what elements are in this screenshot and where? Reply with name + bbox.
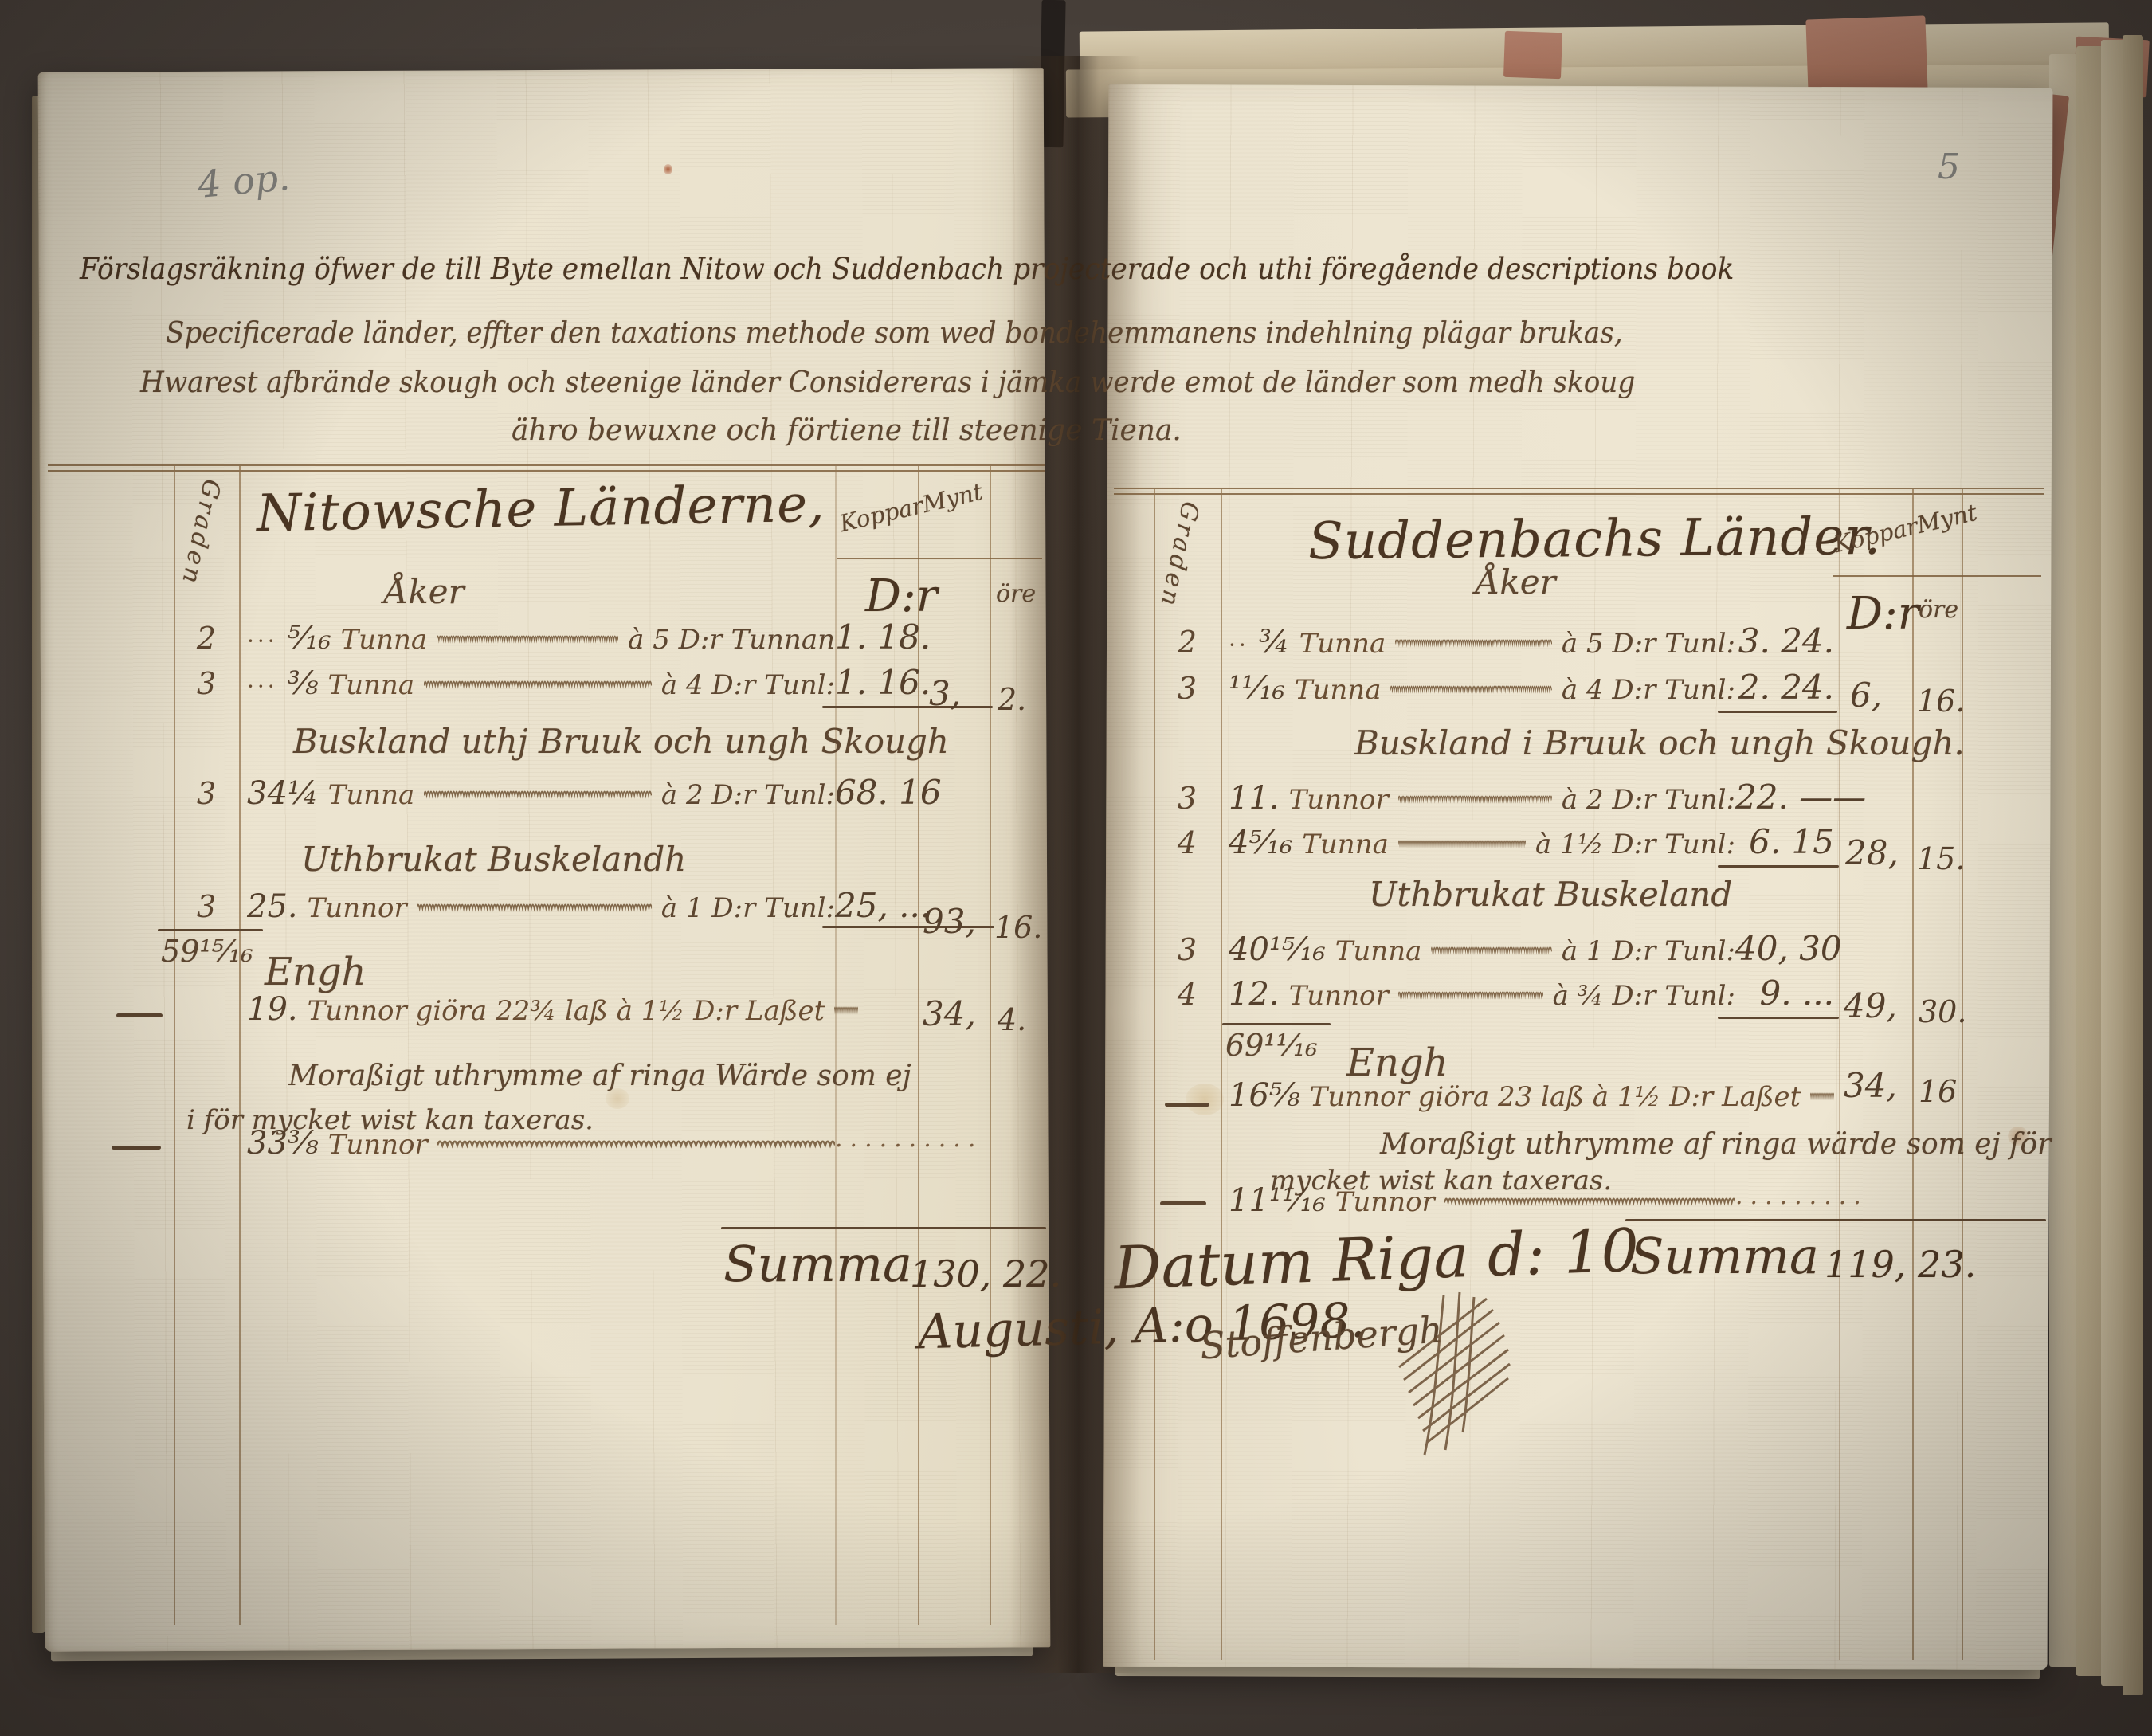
quantity: 4⁵⁄₁₆ xyxy=(1229,825,1292,861)
rate: à 5 D:r Tunnan xyxy=(628,624,835,656)
right-section-aker: Åker xyxy=(1476,562,1556,602)
subtotal-daler: 34, xyxy=(1844,1066,1897,1105)
tape-patch xyxy=(1805,15,1927,96)
table-rule xyxy=(1114,493,2044,495)
unit: Tunnor xyxy=(1289,784,1389,816)
quantity: 40¹⁵⁄₁₆ xyxy=(1229,931,1326,968)
subtotal-daler: 34, xyxy=(923,994,976,1033)
rate: à 2 D:r Tunl: xyxy=(1562,784,1735,816)
graden-value: 3 xyxy=(174,889,239,924)
amount-underline xyxy=(1718,865,1839,868)
summa-line xyxy=(1625,1219,2046,1221)
pencil-annotation: 4 op. xyxy=(196,155,292,206)
quantity: 16⅝ xyxy=(1229,1077,1300,1114)
trailing-dots: ········· xyxy=(1735,1189,1962,1217)
amount: 40, 30 xyxy=(1735,929,1839,968)
left-money-daler-label: D:r xyxy=(865,570,938,622)
rate: à 1 D:r Tunl: xyxy=(1562,935,1735,967)
ditto-squiggle xyxy=(424,788,652,800)
intro-line-4: ähro bewuxne och förtiene till steenige … xyxy=(512,414,1182,447)
amount: 1. 16. xyxy=(835,663,918,702)
graden-value: 2 xyxy=(1154,625,1221,660)
row-description: 11¹¹⁄₁₆ Tunnor xyxy=(1221,1182,1735,1219)
left-summa-value: 130, 22. xyxy=(910,1252,1061,1295)
ditto-squiggle xyxy=(1431,944,1552,956)
fore-edge-stack xyxy=(2049,54,2079,1667)
unit: Tunna xyxy=(328,779,415,811)
amount: 1. 18. xyxy=(835,617,918,656)
table-rule xyxy=(1114,488,2044,489)
right-section-buskland: Buskland i Bruuk och ungh Skough. xyxy=(1354,723,1965,762)
leader-dots: ·· xyxy=(1229,632,1249,658)
rate: à 4 D:r Tunl: xyxy=(661,669,835,701)
table-row: 11¹¹⁄₁₆ Tunnor ········· xyxy=(1154,1182,1962,1219)
left-section-uthbrukat: Uthbrukat Buskelandh xyxy=(301,840,686,879)
amount: 68. 16 xyxy=(835,773,918,812)
left-summa-label: Summa xyxy=(723,1235,912,1293)
unit: Tunna xyxy=(341,624,428,656)
ditto-squiggle xyxy=(1390,683,1551,695)
manuscript-scan: 4 op. 5 Förslagsräkning öfwer de till By… xyxy=(0,0,2152,1736)
table-rule xyxy=(48,464,1045,466)
row-description: 34¼ Tunna à 2 D:r Tunl: xyxy=(239,775,835,812)
row-description: ··· ³⁄₈ Tunna à 4 D:r Tunl: xyxy=(239,665,835,702)
graden-value: 3 xyxy=(1154,671,1221,706)
margin-dash xyxy=(112,1146,161,1150)
quantity-sum-line xyxy=(1222,1023,1331,1025)
quantity: 11. xyxy=(1229,780,1280,817)
ditto-squiggle xyxy=(1810,1090,1834,1102)
subtotal-ore: 30. xyxy=(1919,994,1966,1029)
table-row: 3 25. Tunnor à 1 D:r Tunl: 25, ... xyxy=(174,886,1044,925)
rate: à 1 D:r Tunl: xyxy=(661,892,835,924)
signature-flourish xyxy=(1393,1291,1512,1458)
left-quantity-sum: 59¹⁵⁄₁₆ xyxy=(161,934,253,969)
row-description: 40¹⁵⁄₁₆ Tunna à 1 D:r Tunl: xyxy=(1221,931,1735,968)
amount: 9. ... xyxy=(1735,974,1839,1013)
quantity: 11¹¹⁄₁₆ xyxy=(1229,1182,1326,1219)
ditto-squiggle xyxy=(1398,837,1526,849)
unit: Tunnor giöra 23 laß à 1½ D:r Laßet xyxy=(1310,1081,1801,1113)
table-row: 19. Tunnor giöra 22¾ laß à 1½ D:r Laßet xyxy=(174,991,1044,1028)
amount: 22. —— xyxy=(1735,778,1839,817)
quantity: ⁵⁄₁₆ xyxy=(288,620,331,656)
right-quantity-sum: 69¹¹⁄₁₆ xyxy=(1225,1028,1318,1063)
quantity: ¾ xyxy=(1259,624,1290,660)
table-rule xyxy=(1833,575,2041,577)
right-section-uthbrukat: Uthbrukat Buskeland xyxy=(1369,875,1732,914)
row-description: 11. Tunnor à 2 D:r Tunl: xyxy=(1221,780,1735,817)
ditto-squiggle xyxy=(1395,637,1552,649)
right-morass-note-1: Moraßigt uthrymme af ringa wärde som ej … xyxy=(1380,1128,2051,1161)
row-description: 19. Tunnor giöra 22¾ laß à 1½ D:r Laßet xyxy=(239,991,835,1028)
quantity: 12. xyxy=(1229,976,1280,1013)
ditto-squiggle xyxy=(424,678,652,690)
table-rule xyxy=(48,470,1045,472)
row-description: 12. Tunnor à ¾ D:r Tunl: xyxy=(1221,976,1735,1013)
table-rule xyxy=(1221,489,1222,1660)
quantity: 19. xyxy=(247,991,298,1028)
unit: Tunnor xyxy=(308,892,407,924)
graden-value: 2 xyxy=(174,621,239,656)
trailing-dots: ·········· xyxy=(835,1132,1044,1160)
quantity: ¹¹⁄₁₆ xyxy=(1229,670,1285,707)
left-section-aker: Åker xyxy=(384,572,465,611)
graden-value: 3 xyxy=(1154,781,1221,816)
row-description: 33⅜ Tunnor xyxy=(239,1125,835,1162)
fore-edge-stack xyxy=(2101,40,2125,1686)
subtotal-ore: 4. xyxy=(998,1002,1026,1037)
row-description: 4⁵⁄₁₆ Tunna à 1½ D:r Tunl: xyxy=(1221,825,1735,861)
table-rule xyxy=(1962,489,1963,1660)
right-table-title: Suddenbachs Länder. xyxy=(1308,507,1882,571)
ditto-squiggle xyxy=(1398,989,1543,1001)
intro-line-3: Hwarest afbrände skough och steenige län… xyxy=(140,366,1635,399)
rate: à 5 D:r Tunl: xyxy=(1562,628,1735,660)
unit: Tunna xyxy=(1302,829,1389,860)
left-section-buskland: Buskland uthj Bruuk och ungh Skough xyxy=(293,722,949,761)
table-row: 3 40¹⁵⁄₁₆ Tunna à 1 D:r Tunl: 40, 30 xyxy=(1154,929,1962,968)
amount-underline xyxy=(822,706,993,708)
margin-dash xyxy=(116,1013,163,1017)
left-money-ore-label: öre xyxy=(996,580,1036,608)
unit: Tunna xyxy=(1295,674,1382,706)
ditto-squiggle xyxy=(417,901,652,913)
unit: Tunnor xyxy=(1335,1186,1435,1218)
subtotal-daler: 49, xyxy=(1844,986,1897,1025)
left-section-engh: Engh xyxy=(265,950,367,994)
tape-patch xyxy=(1503,31,1562,79)
quantity: 25. xyxy=(247,888,298,925)
row-description: ··· ⁵⁄₁₆ Tunna à 5 D:r Tunnan xyxy=(239,620,835,656)
quantity: 33⅜ xyxy=(247,1125,319,1162)
ditto-squiggle xyxy=(1398,793,1552,805)
rate: à ¾ D:r Tunl: xyxy=(1553,980,1735,1012)
unit: Tunnor xyxy=(328,1129,428,1161)
rate: à 2 D:r Tunl: xyxy=(661,779,835,811)
table-row: 3 34¼ Tunna à 2 D:r Tunl: 68. 16 xyxy=(174,773,1044,812)
fore-edge-stack xyxy=(2076,46,2103,1676)
graden-value: 3 xyxy=(174,666,239,701)
table-row: 2 ·· ¾ Tunna à 5 D:r Tunl: 3. 24. xyxy=(1154,621,1962,660)
quantity: ³⁄₈ xyxy=(288,665,319,702)
subtotal-ore: 16. xyxy=(994,910,1042,945)
table-row: 16⅝ Tunnor giöra 23 laß à 1½ D:r Laßet xyxy=(1154,1077,1962,1114)
leader-dots: ··· xyxy=(247,673,278,699)
table-row: 3 11. Tunnor à 2 D:r Tunl: 22. —— xyxy=(1154,778,1962,817)
graden-value: 4 xyxy=(1154,977,1221,1012)
fore-edge-stack xyxy=(2123,35,2143,1695)
subtotal-ore: 16 xyxy=(1919,1074,1957,1109)
intro-line-1: Förslagsräkning öfwer de till Byte emell… xyxy=(80,252,1734,286)
left-table-title: Nitowsche Länderne, xyxy=(256,475,825,543)
table-rule xyxy=(1154,489,1155,1660)
row-description: 16⅝ Tunnor giöra 23 laß à 1½ D:r Laßet xyxy=(1221,1077,1735,1114)
left-morass-note-1: Moraßigt uthrymme af ringa Wärde som ej xyxy=(288,1060,911,1092)
table-row: 3 ··· ³⁄₈ Tunna à 4 D:r Tunl: 1. 16. xyxy=(174,663,1044,702)
page-number: 5 xyxy=(1938,147,1960,187)
unit: Tunnor xyxy=(1289,980,1389,1012)
subtotal-daler: 3, xyxy=(929,674,961,713)
row-description: ·· ¾ Tunna à 5 D:r Tunl: xyxy=(1221,624,1735,660)
ditto-squiggle xyxy=(437,1138,835,1150)
right-money-ore-label: öre xyxy=(1919,596,1958,624)
graden-value: 3 xyxy=(174,776,239,811)
subtotal-ore: 15. xyxy=(1917,841,1965,876)
ditto-squiggle xyxy=(437,633,618,645)
subtotal-daler: 93, xyxy=(923,902,976,941)
amount-underline xyxy=(1718,711,1837,713)
ditto-squiggle xyxy=(1444,1195,1735,1207)
subtotal-daler: 28, xyxy=(1845,833,1899,872)
table-rule xyxy=(837,558,1042,559)
table-rule xyxy=(1839,489,1840,1660)
summa-line xyxy=(721,1227,1046,1229)
amount-underline xyxy=(1718,1017,1839,1019)
table-rule xyxy=(1912,489,1914,1660)
intro-line-2: Specificerade länder, effter den taxatio… xyxy=(166,317,1623,350)
graden-value: 3 xyxy=(1154,932,1221,967)
table-row: 2 ··· ⁵⁄₁₆ Tunna à 5 D:r Tunnan 1. 18. xyxy=(174,617,1044,656)
amount: 2. 24. xyxy=(1735,668,1839,707)
table-row: 4 12. Tunnor à ¾ D:r Tunl: 9. ... xyxy=(1154,974,1962,1013)
subtotal-ore: 16. xyxy=(1917,684,1965,719)
amount: 6. 15 xyxy=(1735,822,1839,861)
rate: à 4 D:r Tunl: xyxy=(1562,674,1735,706)
amount: 3. 24. xyxy=(1735,621,1839,660)
unit: Tunna xyxy=(327,669,414,701)
subtotal-ore: 2. xyxy=(998,682,1026,717)
leader-dots: ··· xyxy=(247,628,278,654)
table-row: 3 ¹¹⁄₁₆ Tunna à 4 D:r Tunl: 2. 24. xyxy=(1154,668,1962,707)
table-row: 33⅜ Tunnor ·········· xyxy=(174,1125,1044,1162)
unit: Tunna xyxy=(1335,935,1422,967)
graden-value: 4 xyxy=(1154,825,1221,860)
rate: à 1½ D:r Tunl: xyxy=(1535,829,1735,860)
table-row: 4 4⁵⁄₁₆ Tunna à 1½ D:r Tunl: 6. 15 xyxy=(1154,822,1962,861)
unit: Tunnor giöra 22¾ laß à 1½ D:r Laßet xyxy=(308,995,825,1027)
subtotal-daler: 6, xyxy=(1850,676,1882,715)
quantity-sum-line xyxy=(158,929,263,931)
unit: Tunna xyxy=(1299,628,1386,660)
row-description: 25. Tunnor à 1 D:r Tunl: xyxy=(239,888,835,925)
row-description: ¹¹⁄₁₆ Tunna à 4 D:r Tunl: xyxy=(1221,670,1735,707)
right-summa-label: Summa xyxy=(1630,1227,1819,1285)
quantity: 34¼ xyxy=(247,775,319,812)
right-summa-value: 119, 23. xyxy=(1825,1243,1976,1286)
amount: 25, ... xyxy=(835,886,918,925)
ditto-squiggle xyxy=(834,1004,858,1016)
